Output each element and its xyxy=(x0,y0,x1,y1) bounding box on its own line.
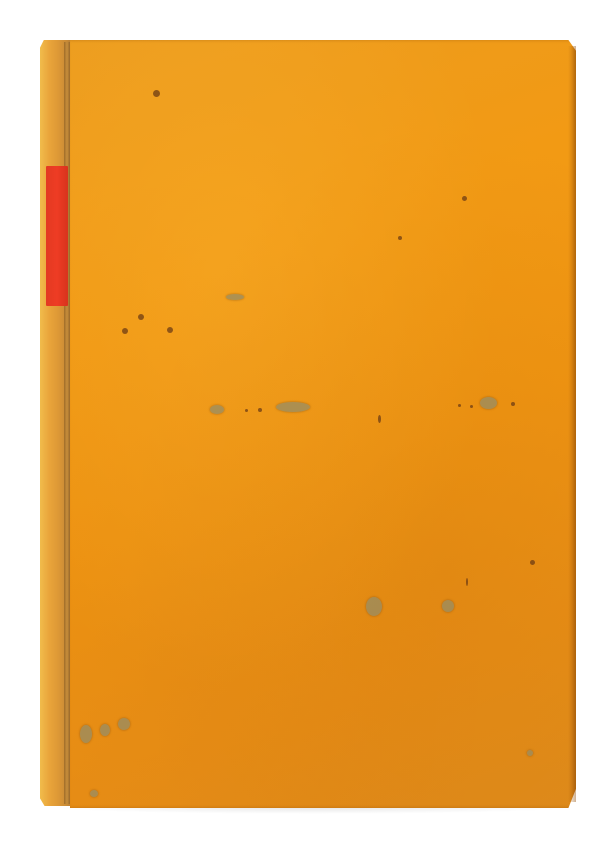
stain-mark xyxy=(118,718,130,730)
stain-mark xyxy=(226,294,244,300)
stain-mark xyxy=(458,404,461,407)
stain-mark xyxy=(530,560,535,565)
stain-mark xyxy=(398,236,402,240)
stain-mark xyxy=(366,597,382,616)
stain-mark xyxy=(511,402,515,406)
stain-mark xyxy=(378,415,381,423)
stain-mark xyxy=(153,90,160,97)
spine-hinge xyxy=(64,42,70,804)
book-cover xyxy=(70,40,576,808)
stain-mark xyxy=(122,328,128,334)
stain-mark xyxy=(245,409,248,412)
stain-mark xyxy=(90,790,98,797)
stain-mark xyxy=(442,600,454,612)
stain-mark xyxy=(258,408,262,412)
stain-mark xyxy=(466,578,468,586)
cover-edge xyxy=(568,46,576,802)
stain-mark xyxy=(480,397,497,409)
stain-mark xyxy=(167,327,173,333)
stain-mark xyxy=(462,196,467,201)
spine-label xyxy=(46,166,68,306)
stain-mark xyxy=(100,724,110,736)
stain-mark xyxy=(276,402,310,412)
stain-mark xyxy=(470,405,473,408)
book-photo xyxy=(0,0,600,848)
stain-mark xyxy=(80,725,92,743)
stain-mark xyxy=(138,314,144,320)
stain-mark xyxy=(210,405,224,414)
stain-mark xyxy=(527,750,533,756)
